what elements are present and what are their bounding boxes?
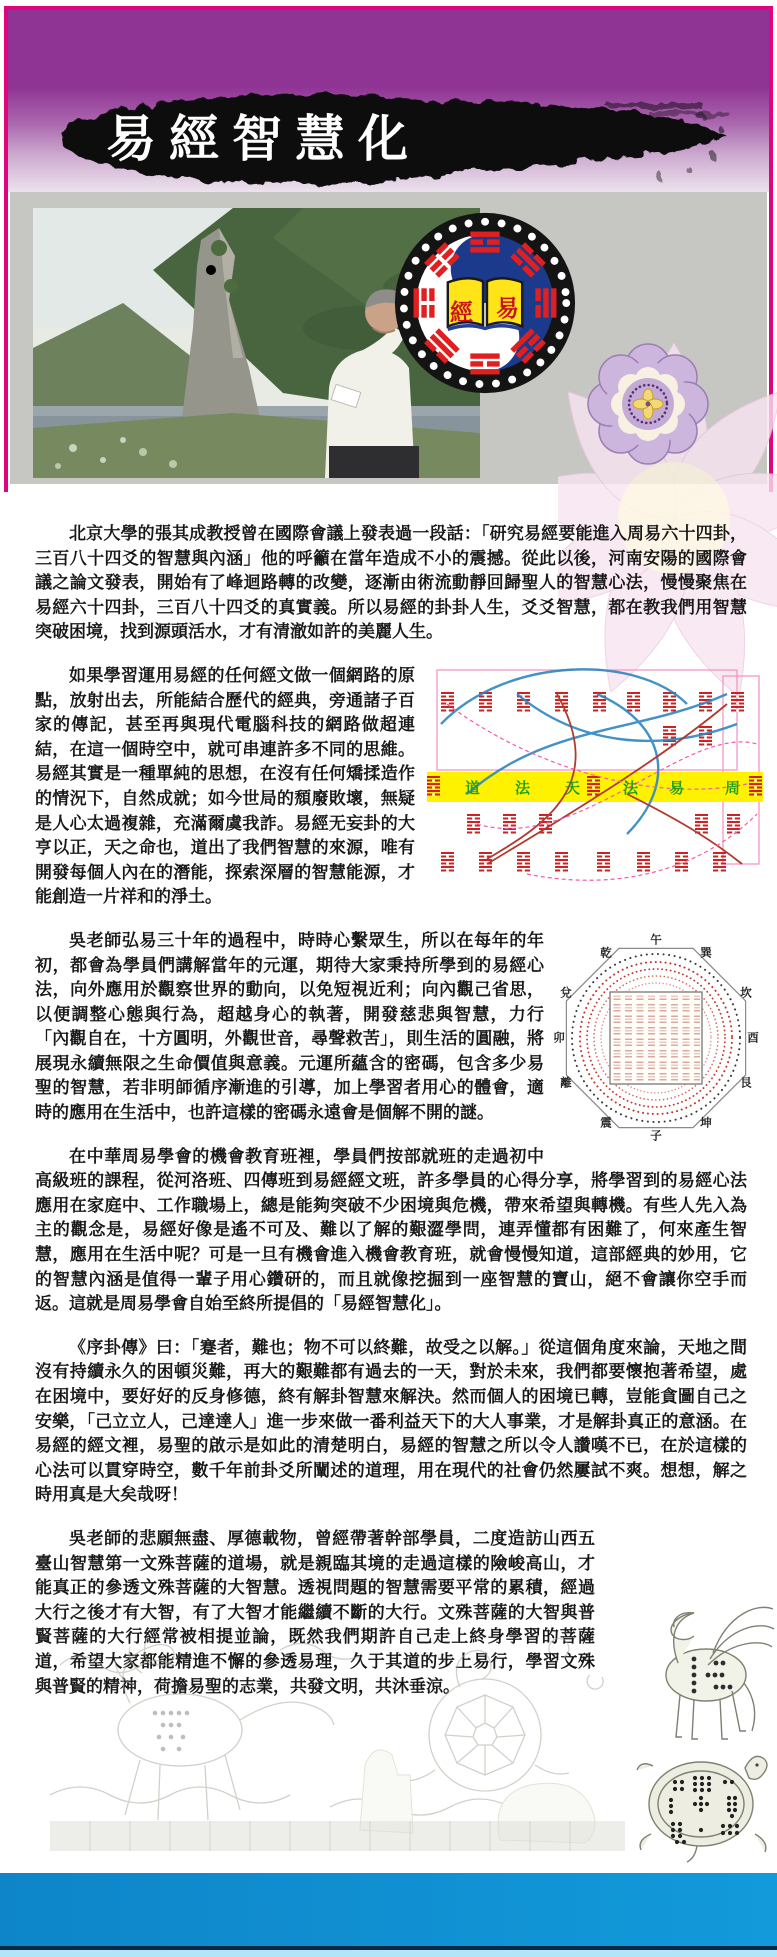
footer-light-strip: [0, 1950, 777, 1957]
logo-char-yi: 易: [496, 290, 519, 323]
yijing-society-logo: 經 易: [392, 210, 578, 396]
oct-label-li: 離: [560, 1071, 572, 1096]
oct-label-wu: 午: [650, 928, 662, 953]
oct-label-mao: 卯: [553, 1026, 565, 1051]
hexagram-network-diagram: 道 法 天 法 易 周: [427, 664, 763, 904]
band-char-yi: 易: [669, 776, 684, 801]
lotus-mandala-image: [584, 340, 712, 468]
band-char-dao: 道: [465, 776, 480, 801]
turtle-luoshu-drawing: [633, 1738, 775, 1868]
oct-label-dui: 兌: [560, 981, 572, 1006]
oct-label-xun: 巽: [700, 941, 712, 966]
body-paragraph-5: 《序卦傳》曰：「蹇者，難也；物不可以終難，故受之以解。」從這個角度來論，天地之間…: [35, 1336, 747, 1508]
band-char-tian: 天: [565, 776, 580, 801]
oct-label-gen: 艮: [740, 1071, 752, 1096]
dragon-horse-hetu-drawing: [628, 1575, 777, 1747]
article-body: 北京大學的張其成教授曾在國際會議上發表過一段話：「研究易經要能進入周易六十四卦，…: [35, 522, 747, 1747]
oct-label-you: 酉: [747, 1026, 759, 1051]
page-title: 易經智慧化: [106, 110, 421, 168]
oct-label-qian: 乾: [600, 941, 612, 966]
logo-char-jing: 經: [450, 294, 473, 327]
body-paragraph-1: 北京大學的張其成教授曾在國際會議上發表過一段話：「研究易經要能進入周易六十四卦，…: [35, 522, 747, 645]
oct-label-kan: 坎: [740, 981, 752, 1006]
band-char-fa1: 法: [515, 776, 530, 801]
oct-label-zi: 子: [650, 1124, 662, 1149]
footer-blue-band: [0, 1873, 777, 1946]
body-paragraph-4: 在中華周易學會的機會教育班裡，學員們按部就班的走過初中高級班的課程，從河洛班、四…: [35, 1145, 747, 1317]
longma-turtle-mural: [30, 1625, 642, 1857]
band-char-fa2: 法: [623, 776, 638, 801]
oct-label-zhen: 震: [600, 1111, 612, 1136]
poster-page: 易經智慧化: [0, 0, 777, 1957]
header-banner: 易經智慧化: [8, 10, 769, 192]
hexagram-octagon-diagram: 午 巽 坎 酉 艮 坤 子 震 離 卯 兌 乾: [554, 933, 759, 1143]
band-char-zhou: 周: [725, 776, 740, 801]
oct-label-kun: 坤: [700, 1111, 712, 1136]
